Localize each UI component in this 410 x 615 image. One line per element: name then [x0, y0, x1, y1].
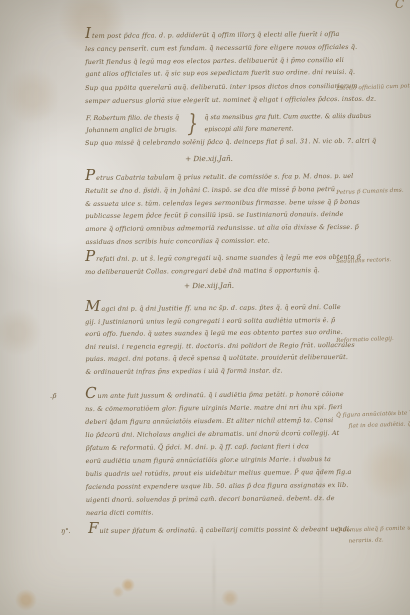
manuscript-page: C Item post p̃dca ffca. d. p. addiderūt … — [0, 0, 410, 615]
paragraph-margin-mark: .p̃ — [50, 392, 56, 400]
entry-group: F. Robertum filio. de thesis q̃Johannem … — [86, 108, 371, 138]
margin-note-petrus: Petrus p̃ Cumanis dms. — [336, 186, 404, 199]
manuscript-line: episcopi alii fore manerent. — [204, 122, 371, 136]
manuscript-line: nerariis. dz. — [336, 534, 410, 547]
entry-details: q̃ sta mensibus gra fuit. Cum auctte. & … — [204, 109, 371, 135]
final-entry-margin-mark: ŋ°. — [61, 527, 71, 535]
manuscript-line: & ordinauerūt infras p̃ns expedias i uiā… — [85, 363, 354, 378]
manuscript-line: nearia dicti comitis. — [86, 505, 352, 520]
paragraph-sup-qua: Sup qua ppōita querelarū auq̃. deliberat… — [85, 80, 376, 107]
manuscript-line: Reformatio collegij. — [336, 334, 394, 347]
paragraph-petrus: Petrus Cabatria tabulam q̃ prius retulit… — [85, 170, 360, 249]
manuscript-line: amore q̃ officiorū omnibus admemoriā red… — [85, 221, 360, 236]
day-heading-xiij-jan: + Die.xiij.Jañ. — [85, 280, 333, 291]
manuscript-line: F. Robertum filio. de thesis q̃ — [86, 111, 179, 124]
paragraph-cum-ante: Cum ante fuit jussum & ordinatū. q̃ i au… — [85, 388, 352, 520]
paragraph-magnifici: Magci dni p. q̃ dni Justitie ff. una nc … — [85, 301, 355, 378]
final-entry-line: Fuit super p̃fatum & ordinatū. q̃ cabell… — [88, 523, 351, 535]
corner-mark: C — [395, 0, 404, 11]
manuscript-line: Sup quo missē q̃ celebrando solēnij p̃dc… — [85, 137, 376, 147]
manuscript-line: puias. magci. dni potans. q̃ decē spensa… — [85, 351, 354, 366]
manuscript-line: fiat in dca audiētia. q̃ — [336, 419, 410, 432]
manuscript-line: gant alios officiales ut. q̃ sic sup eos… — [85, 66, 357, 81]
manuscript-line: Electio officialiū cum pote — [336, 81, 410, 94]
line-sup-quo: Sup quo missē q̃ celebrando solēnij p̃dc… — [85, 137, 376, 147]
manuscript-line: Fuit super p̃fatum & ordinatū. q̃ cabell… — [88, 523, 351, 535]
manuscript-line: Johannem anglici de brugis. — [86, 123, 179, 136]
margin-note-figura: Q̃ figura annūciatōis bte V.fiat in dca … — [336, 408, 410, 432]
paragraph-item-post: Item post p̃dca ffca. d. p. addiderūt q̃… — [85, 28, 358, 81]
brace-glyph: } — [187, 109, 198, 137]
manuscript-line: q̃ sta mensibus gra fuit. Cum auctte. & … — [204, 109, 371, 123]
paragraph-prefati: Prefati dni. p. ut s̃. legū congregati u… — [85, 251, 361, 278]
manuscript-line: semper aduersus gloriā siue elegerīt ut.… — [85, 92, 376, 107]
manuscript-line: uigenti dnorū. soluendas p̃ primā cam̃. … — [86, 492, 352, 507]
day-heading-xij-jan: + Die.xij.Jañ. — [85, 153, 333, 164]
margin-note-collegij: Reformatio collegij. — [336, 334, 394, 347]
manuscript-line: mo deliberauerūt Collas. congregari debē… — [85, 263, 361, 278]
manuscript-line: lio p̃dcorū dni. Nicholaus anglici de ab… — [85, 427, 351, 442]
paper-crease — [213, 540, 215, 615]
manuscript-line: Petrus p̃ Cumanis dms. — [336, 186, 404, 199]
entry-names: F. Robertum filio. de thesis q̃Johannem … — [86, 111, 179, 137]
margin-note-rectoris: Sedullans rectoris. — [336, 255, 392, 267]
manuscript-line: Sedullans rectoris. — [336, 255, 392, 267]
margin-note-electio: Electio officialiū cum pote — [336, 81, 410, 94]
manuscript-line: assiduas dnos scribis huic concordias q̃… — [86, 234, 361, 249]
margin-note-domus: Q̃ domus alieq̃ p̃ comite uenerariis. dz… — [336, 523, 410, 547]
